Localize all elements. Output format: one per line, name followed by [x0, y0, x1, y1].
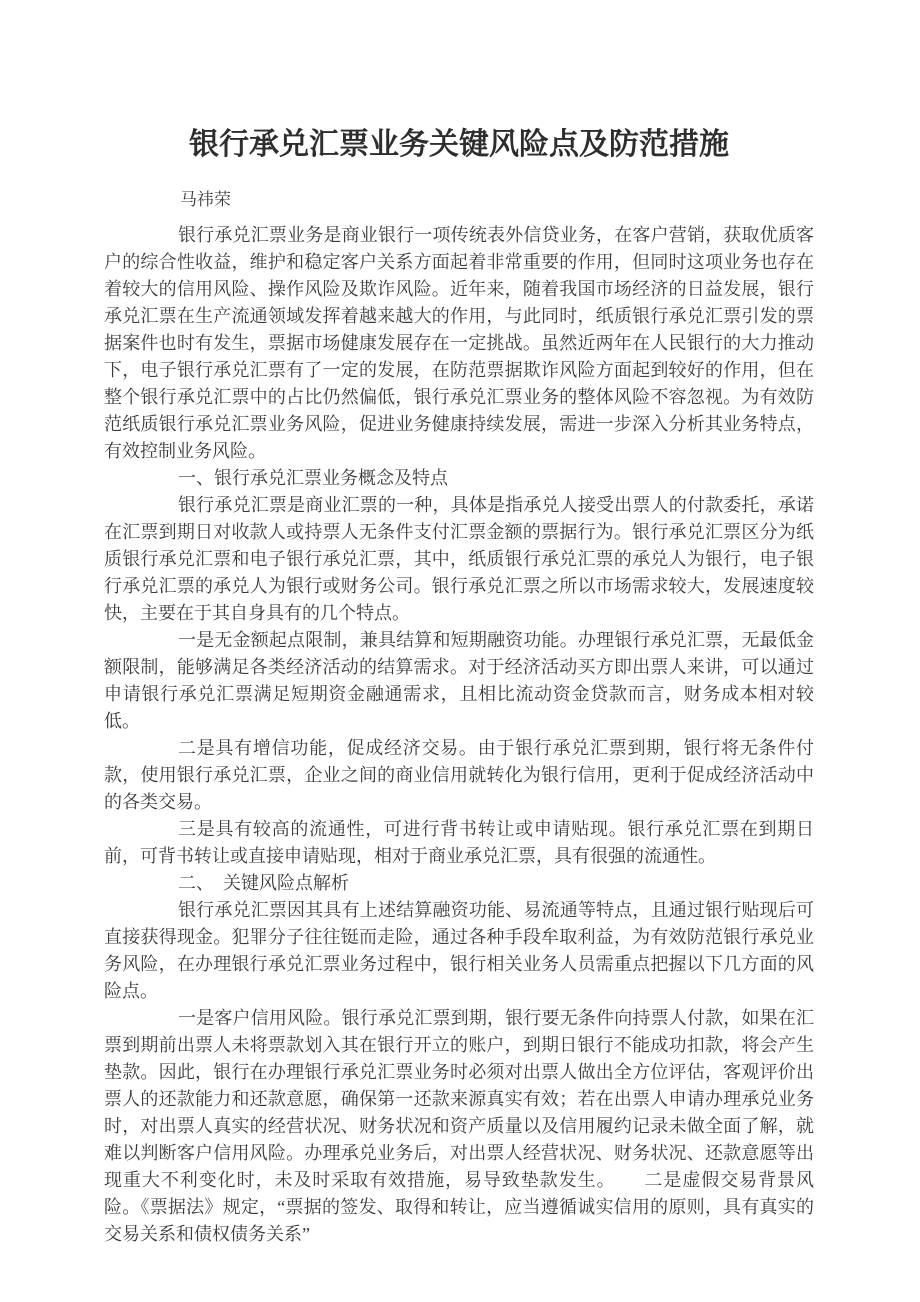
section-heading: 二、 关键风险点解析 — [104, 870, 814, 897]
document-content: 银行承兑汇票业务关键风险点及防范措施 马祎荣 银行承兑汇票业务是商业银行一项传统… — [104, 122, 814, 1248]
body-paragraph: 银行承兑汇票因其具有上述结算融资功能、易流通等特点，且通过银行贴现后可直接获得现… — [104, 897, 814, 1005]
document-body: 银行承兑汇票业务是商业银行一项传统表外信贷业务，在客户营销，获取优质客户的综合性… — [104, 222, 814, 1248]
author-name: 马祎荣 — [180, 188, 814, 212]
body-paragraph: 一是客户信用风险。银行承兑汇票到期，银行要无条件向持票人付款，如果在汇票到期前出… — [104, 1005, 814, 1248]
body-paragraph: 银行承兑汇票是商业汇票的一种，具体是指承兑人接受出票人的付款委托，承诺在汇票到期… — [104, 492, 814, 627]
body-paragraph: 银行承兑汇票业务是商业银行一项传统表外信贷业务，在客户营销，获取优质客户的综合性… — [104, 222, 814, 465]
body-paragraph: 一是无金额起点限制，兼具结算和短期融资功能。办理银行承兑汇票，无最低金额限制，能… — [104, 627, 814, 735]
body-paragraph: 二是具有增信功能，促成经济交易。由于银行承兑汇票到期，银行将无条件付款，使用银行… — [104, 735, 814, 816]
section-heading: 一、银行承兑汇票业务概念及特点 — [104, 465, 814, 492]
body-paragraph: 三是具有较高的流通性，可进行背书转让或申请贴现。银行承兑汇票在到期日前，可背书转… — [104, 816, 814, 870]
document-page: 银行承兑汇票业务关键风险点及防范措施 马祎荣 银行承兑汇票业务是商业银行一项传统… — [0, 0, 920, 1302]
document-title: 银行承兑汇票业务关键风险点及防范措施 — [104, 122, 814, 168]
